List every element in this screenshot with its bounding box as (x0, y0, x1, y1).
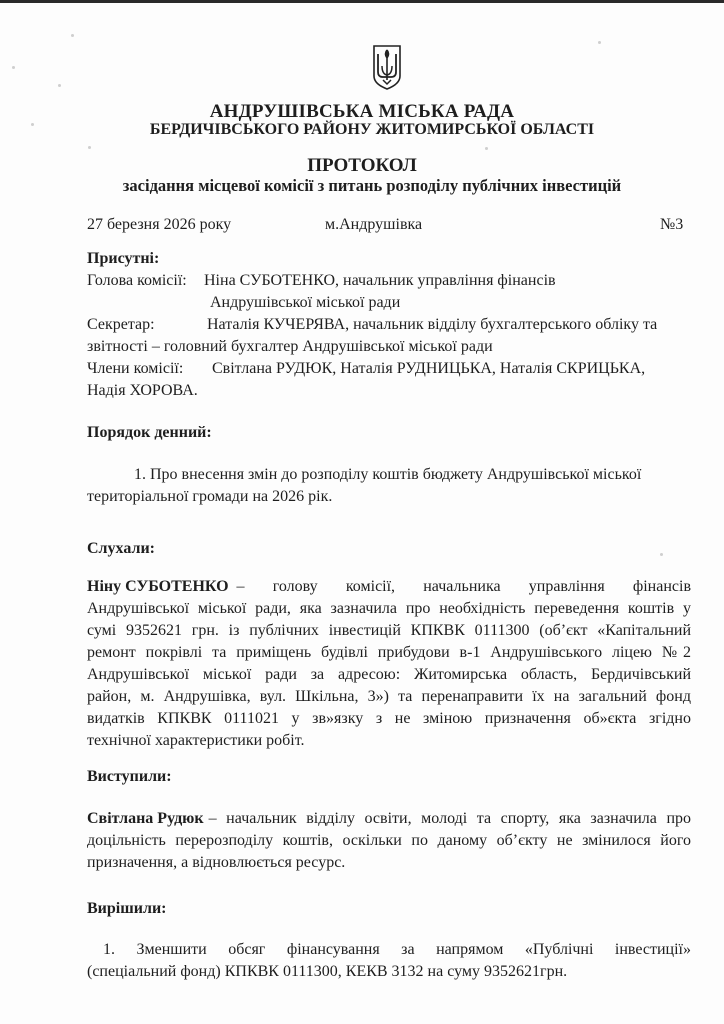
document-title: ПРОТОКОЛ (0, 155, 724, 177)
scan-speck (88, 146, 91, 149)
spoke-line-3: призначення, а відновлюється ресурс. (87, 854, 691, 872)
spoke-speaker: Світлана Рудюк (87, 810, 204, 828)
secretary-label: Секретар: (87, 316, 155, 334)
protocol-number: №3 (660, 216, 683, 234)
members-list-continued: Надія ХОРОВА. (87, 382, 198, 400)
document-subtitle: засідання місцевої комісії з питань розп… (0, 176, 724, 196)
scan-speck (660, 553, 663, 556)
decided-heading: Вирішили: (87, 900, 166, 918)
agenda-heading: Порядок денний: (87, 424, 212, 442)
council-name: АНДРУШІВСЬКА МІСЬКА РАДА (0, 101, 724, 123)
heard-line-8: технічної характеристики робіт. (87, 732, 691, 750)
heard-line-6: район, м. Андрушівка, вул. Шкільна, 3») … (87, 688, 691, 706)
protocol-place: м.Андрушівка (325, 216, 422, 234)
decision-item-1: 1. Зменшити обсяг фінансування за напрям… (103, 941, 691, 959)
heard-line-2: Андрушівської міської ради, яка зазначил… (87, 600, 691, 618)
trident-coat-of-arms-icon (372, 44, 402, 90)
scan-speck (485, 147, 488, 150)
members-label: Члени комісії: (87, 360, 183, 378)
secretary-position: звітності – головний бухгалтер Андрушівс… (87, 338, 493, 356)
heard-line-4: ремонт покрівлі та приміщень будівлі при… (87, 644, 691, 662)
agenda-item-1-continued: територіальної громади на 2026 рік. (87, 488, 332, 506)
secretary-name: Наталія КУЧЕРЯВА, начальник відділу бухг… (207, 316, 657, 334)
heard-line-1: Ніну СУБОТЕНКО – голову комісії, начальн… (87, 578, 691, 596)
agenda-item-1: 1. Про внесення змін до розподілу коштів… (134, 466, 641, 484)
chair-organization: Андрушівської міської ради (210, 294, 400, 312)
spoke-heading: Виступили: (87, 768, 172, 786)
council-district: БЕРДИЧІВСЬКОГО РАЙОНУ ЖИТОМИРСЬКОЇ ОБЛАС… (0, 121, 724, 139)
scan-speck (58, 84, 61, 87)
heard-heading: Слухали: (87, 540, 155, 558)
heard-line-3: сумі 9352621 грн. із публічних інвестиці… (87, 622, 691, 640)
members-list: Світлана РУДЮК, Наталія РУДНИЦЬКА, Натал… (212, 360, 645, 378)
decision-item-1-continued: (спеціальний фонд) КПКВК 0111300, КЕКВ 3… (87, 963, 691, 981)
spoke-line-2: доцільність перерозподілу коштів, оскіль… (87, 832, 691, 850)
scan-edge (0, 0, 724, 3)
spoke-text: – начальник відділу освіти, молоді та сп… (204, 810, 691, 828)
heard-speaker: Ніну СУБОТЕНКО (87, 578, 229, 596)
scan-speck (598, 41, 601, 44)
protocol-date: 27 березня 2026 року (87, 216, 231, 234)
heard-text: – голову комісії, начальника управління … (229, 578, 691, 596)
heard-line-5: Андрушівської міської ради за адресою: Ж… (87, 666, 691, 684)
chair-name: Ніна СУБОТЕНКО, начальник управління фін… (204, 272, 556, 290)
present-heading: Присутні: (87, 250, 159, 268)
scan-speck (12, 66, 15, 69)
heard-line-7: видатків КПКВК 0111021 у зв»язку з не зм… (87, 710, 691, 728)
scanned-document-page: АНДРУШІВСЬКА МІСЬКА РАДА БЕРДИЧІВСЬКОГО … (0, 0, 724, 1024)
chair-label: Голова комісії: (87, 272, 187, 290)
spoke-line-1: Світлана Рудюк – начальник відділу освіт… (87, 810, 691, 828)
scan-speck (71, 34, 74, 37)
